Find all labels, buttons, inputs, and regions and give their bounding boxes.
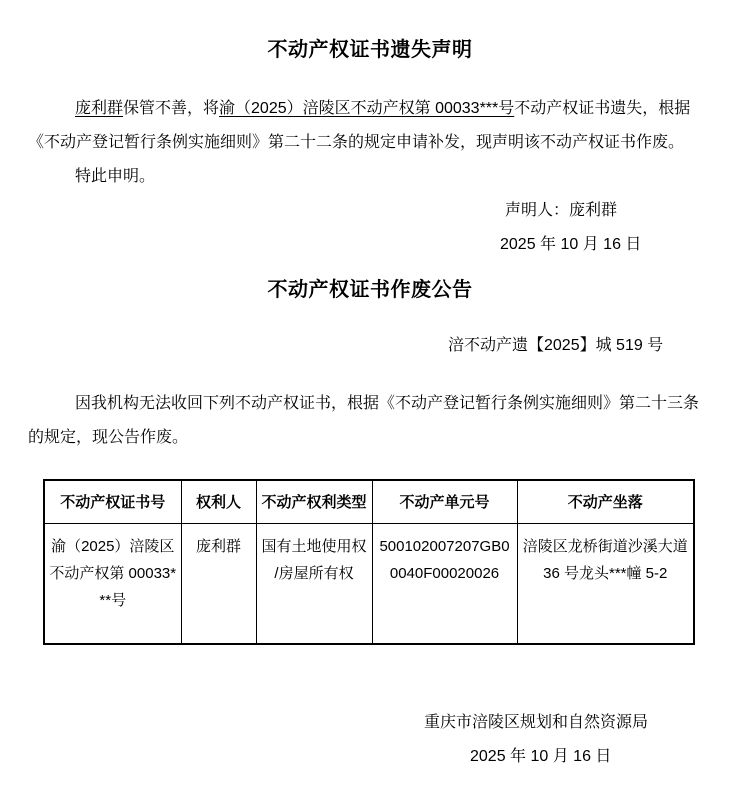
notice-title: 不动产权证书作废公告 — [28, 278, 712, 302]
document-page: 不动产权证书遗失声明 庞利群保管不善，将渝（2025）涪陵区不动产权第 0003… — [0, 0, 742, 793]
declaration-closing: 特此申明。 — [28, 160, 712, 194]
declaration-date: 2025 年 10 月 16 日 — [500, 228, 712, 262]
header-cert-number: 不动产权证书号 — [44, 480, 181, 523]
certificate-table: 不动产权证书号 权利人 不动产权利类型 不动产单元号 不动产坐落 渝（2025）… — [43, 479, 695, 645]
cell-cert-number: 渝（2025）涪陵区 不动产权第 00033* **号 — [44, 523, 181, 644]
header-holder: 权利人 — [181, 480, 256, 523]
declaration-text-mid: 保管不善，将 — [123, 100, 219, 117]
certificate-table-body: 渝（2025）涪陵区 不动产权第 00033* **号 庞利群 国有土地使用权 … — [44, 523, 694, 644]
header-location: 不动产坐落 — [517, 480, 694, 523]
declaration-paragraph-line-2: 《不动产登记暂行条例实施细则》第二十二条的规定申请补发，现声明该不动产权证书作废… — [28, 126, 712, 160]
header-right-type: 不动产权利类型 — [256, 480, 372, 523]
notice-paragraph-line-2: 的规定，现公告作废。 — [28, 421, 712, 455]
table-header-row: 不动产权证书号 权利人 不动产权利类型 不动产单元号 不动产坐落 — [44, 480, 694, 523]
issuing-authority-name: 重庆市涪陵区规划和自然资源局 — [424, 706, 712, 740]
declarant-name-underlined: 庞利群 — [75, 100, 123, 117]
cell-unit-number: 500102007207GB0 0040F00020026 — [372, 523, 517, 644]
certificate-table-header: 不动产权证书号 权利人 不动产权利类型 不动产单元号 不动产坐落 — [44, 480, 694, 523]
notice-reference-number: 涪不动产遗【2025】城 519 号 — [448, 329, 712, 363]
notice-paragraph-line-1: 因我机构无法收回下列不动产权证书，根据《不动产登记暂行条例实施细则》第二十三条 — [28, 387, 712, 421]
cell-holder: 庞利群 — [181, 523, 256, 644]
notice-date: 2025 年 10 月 16 日 — [470, 740, 712, 774]
table-row: 渝（2025）涪陵区 不动产权第 00033* **号 庞利群 国有土地使用权 … — [44, 523, 694, 644]
declaration-title: 不动产权证书遗失声明 — [28, 0, 712, 62]
declaration-text-tail: 不动产权证书遗失，根据 — [514, 100, 690, 117]
declarant-signature-line: 声明人：庞利群 — [505, 194, 712, 228]
header-unit-number: 不动产单元号 — [372, 480, 517, 523]
declaration-paragraph-line-1: 庞利群保管不善，将渝（2025）涪陵区不动产权第 00033***号不动产权证书… — [28, 92, 712, 126]
cell-location: 涪陵区龙桥街道沙溪大道 36 号龙头***幢 5-2 — [517, 523, 694, 644]
certificate-number-underlined: 渝（2025）涪陵区不动产权第 00033***号 — [219, 100, 514, 117]
cell-right-type: 国有土地使用权 /房屋所有权 — [256, 523, 372, 644]
